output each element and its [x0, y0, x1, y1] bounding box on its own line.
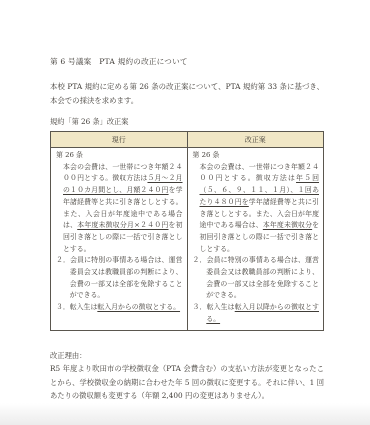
document-content: 第 6 号議案 PTA 規約の改正について 本校 PTA 規約に定める第 26 … [0, 0, 370, 403]
clause-3-proposed: ３．転入生は転入月以降からの徴収とする。 [193, 302, 320, 325]
table-row: 第 26 条 本会の会費は、一世帯につき年額２４００円とする。徴収方法は５月～２… [51, 148, 324, 331]
reason-text: R5 年度より吹田市の学校徴収金（PTA 会費含む）の支払い方法が変更となったこ… [50, 362, 324, 403]
text-run-underlined: 本年度未徴収分月×２４０円 [77, 221, 168, 229]
clause-3-current: ３．転入生は転入月からの徴収とする。 [56, 302, 183, 314]
page-bottom-shadow [0, 403, 370, 425]
proposed-text-cell: 第 26 条 本会の会費は、一世帯につき年額２４００円とする。徴収方法は年５回（… [187, 148, 324, 331]
text-run: ３．転入生は [193, 303, 235, 311]
table-header-row: 現行 改正案 [51, 132, 324, 148]
clause-2-proposed: ２．会員に特別の事情ある場合は、運営委員会又は教職員部の判断により、会費の一部又… [193, 255, 320, 302]
clause-1-current: 本会の会費は、一世帯につき年額２４００円とする。徴収方法は５月～２月の１０カ月間… [63, 162, 183, 256]
intro-paragraph: 本校 PTA 規約に定める第 26 条の改正案について、PTA 規約第 33 条… [50, 80, 324, 108]
text-run: ３．転入生は [56, 303, 97, 311]
document-page: { "colors": { "header_bg": "#f1e7c6", "t… [0, 0, 370, 425]
reason-label: 改正理由： [50, 349, 324, 363]
revision-comparison-table: 現行 改正案 第 26 条 本会の会費は、一世帯につき年額２４００円とする。徴収… [50, 131, 324, 331]
article-number-current: 第 26 条 [56, 150, 183, 162]
current-text-cell: 第 26 条 本会の会費は、一世帯につき年額２４００円とする。徴収方法は５月～２… [51, 148, 188, 331]
page-title: 第 6 号議案 PTA 規約の改正について [50, 56, 324, 67]
column-header-current: 現行 [51, 132, 188, 148]
column-header-proposed: 改正案 [187, 132, 324, 148]
text-run-underlined: 転入月からの徴収とする。 [97, 303, 180, 311]
clause-1-proposed: 本会の会費は、一世帯につき年額２４００円とする。徴収方法は年５回（５、６、９、１… [200, 162, 320, 256]
text-run-underlined: 本年度未徴収分 [263, 221, 312, 229]
table-caption: 規約「第 26 条」改正案 [50, 117, 324, 127]
clause-2-current: ２．会員に特別の事情ある場合は、運営委員会又は教職員部の判断により、会費の一部又… [56, 255, 183, 302]
article-number-proposed: 第 26 条 [193, 150, 320, 162]
revision-reason-section: 改正理由： R5 年度より吹田市の学校徴収金（PTA 会費含む）の支払い方法が変… [50, 349, 324, 403]
